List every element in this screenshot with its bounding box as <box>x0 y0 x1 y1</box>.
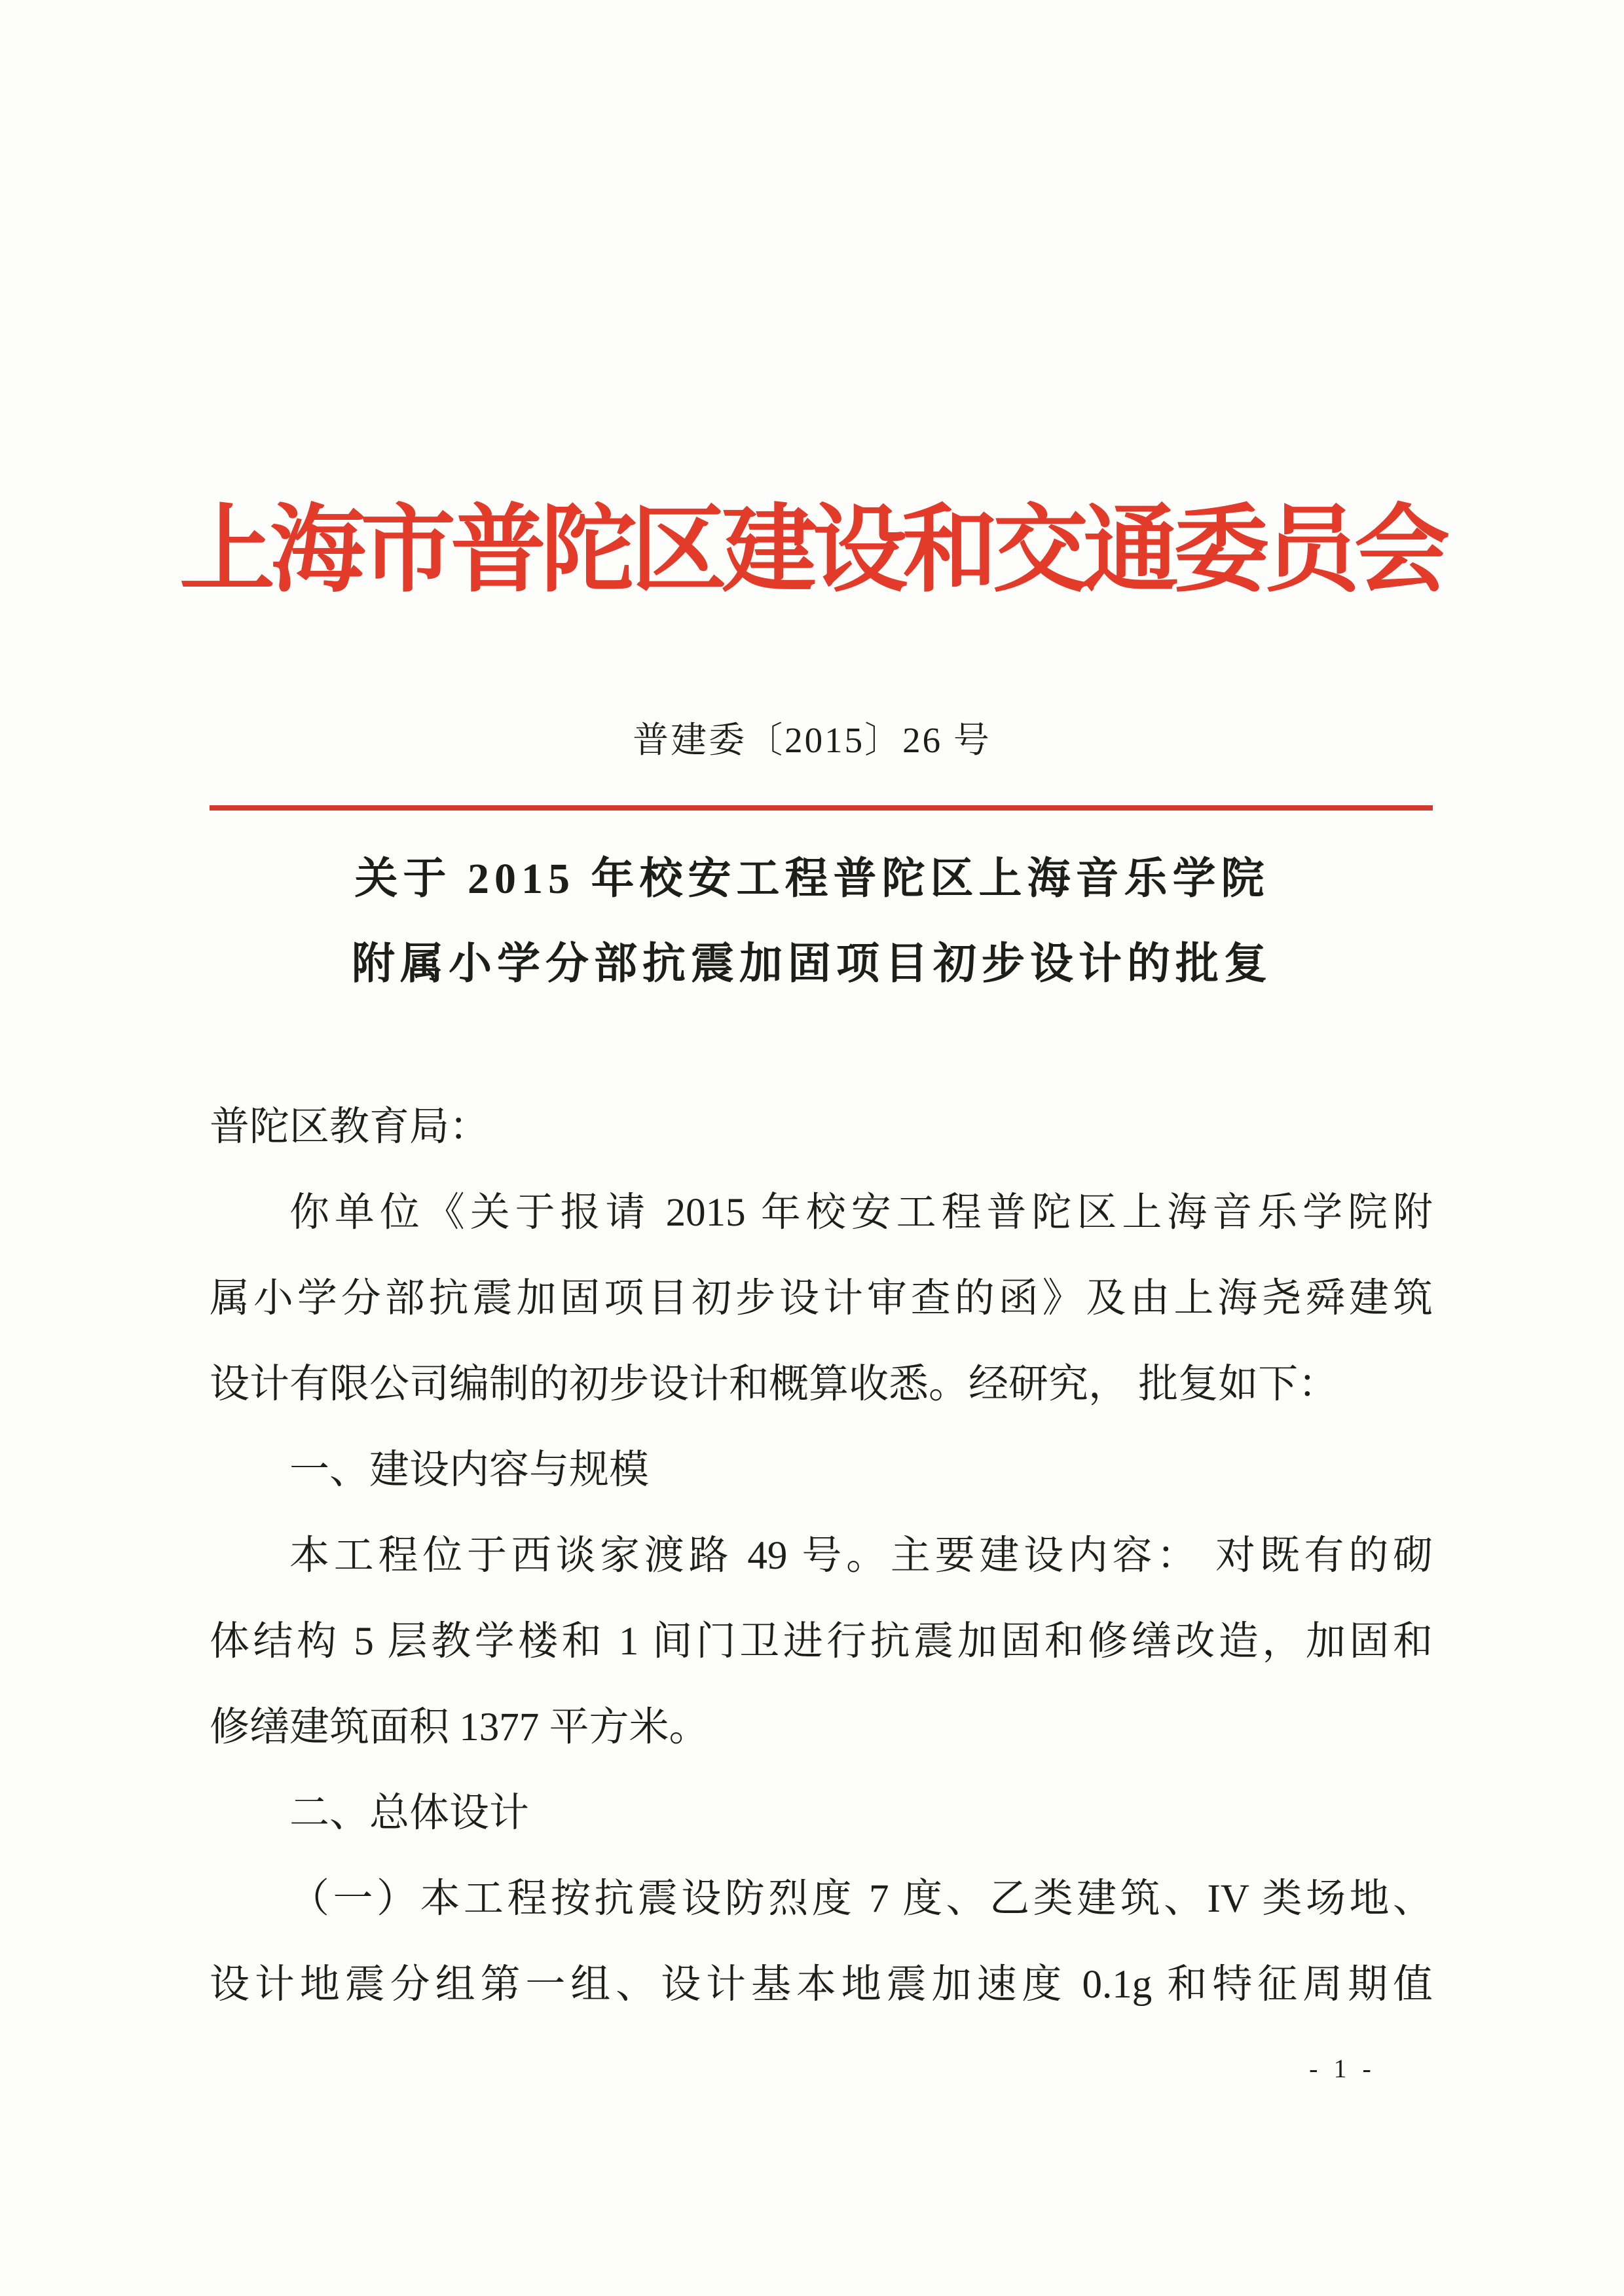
body-line: 属小学分部抗震加固项目初步设计审查的函》及由上海尧舜建筑 <box>210 1256 1433 1341</box>
subject-line-1: 关于 2015 年校安工程普陀区上海音乐学院 <box>0 837 1624 922</box>
subject-line-2: 附属小学分部抗震加固项目初步设计的批复 <box>0 922 1624 1007</box>
red-separator-rule <box>210 805 1433 811</box>
body-line: 你单位《关于报请 2015 年校安工程普陀区上海音乐学院附 <box>210 1170 1433 1256</box>
addressee-line: 普陀区教育局： <box>210 1084 1433 1170</box>
section-heading-2: 二、总体设计 <box>210 1770 1433 1856</box>
body-line: 设计有限公司编制的初步设计和概算收悉。经研究， 批复如下： <box>210 1341 1433 1427</box>
issuing-org-title: 上海市普陀区建设和交通委员会 <box>0 473 1624 610</box>
body-line: 本工程位于西谈家渡路 49 号。主要建设内容： 对既有的砌 <box>210 1513 1433 1599</box>
document-number: 普建委〔2015〕26 号 <box>0 711 1624 763</box>
body-line: 体结构 5 层教学楼和 1 间门卫进行抗震加固和修缮改造，加固和 <box>210 1599 1433 1685</box>
body-line: 设计地震分组第一组、设计基本地震加速度 0.1g 和特征周期值 <box>210 1942 1433 2028</box>
page-number: - 1 - <box>1283 2053 1401 2084</box>
body-line: （一）本工程按抗震设防烈度 7 度、乙类建筑、IV 类场地、 <box>210 1856 1433 1942</box>
document-page: 上海市普陀区建设和交通委员会 普建委〔2015〕26 号 关于 2015 年校安… <box>0 0 1624 2296</box>
document-subject: 关于 2015 年校安工程普陀区上海音乐学院 附属小学分部抗震加固项目初步设计的… <box>0 837 1624 1007</box>
document-body: 普陀区教育局： 你单位《关于报请 2015 年校安工程普陀区上海音乐学院附 属小… <box>210 1084 1433 2028</box>
section-heading-1: 一、建设内容与规模 <box>210 1427 1433 1513</box>
body-line: 修缮建筑面积 1377 平方米。 <box>210 1685 1433 1770</box>
